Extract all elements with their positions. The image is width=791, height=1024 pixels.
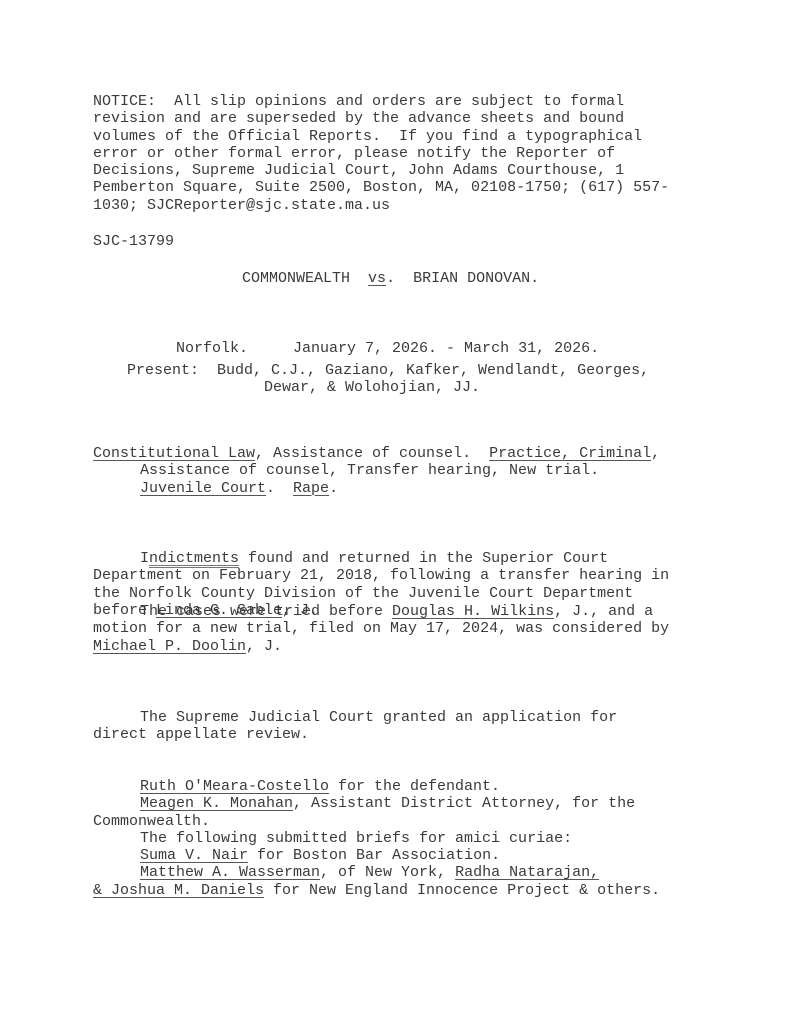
paragraph-line: the Norfolk County Division of the Juven… [93, 585, 733, 602]
headnote-topic-link[interactable]: Juvenile Court [140, 480, 266, 497]
paragraph-line: The Supreme Judicial Court granted an ap… [93, 709, 733, 726]
headnote-line: Assistance of counsel, Transfer hearing,… [93, 462, 733, 479]
present-justices-line1: Present: Budd, C.J., Gaziano, Kafker, We… [93, 362, 767, 379]
headnote-line: Juvenile Court. Rape. [93, 480, 733, 497]
counsel-block: Ruth O'Meara-Costello for the defendant.… [93, 778, 733, 899]
paragraph-line: Department on February 21, 2018, followi… [93, 567, 733, 584]
text: I [140, 550, 149, 567]
text: for New England Innocence Project & othe… [264, 882, 660, 899]
party-defendant: BRIAN DONOVAN. [413, 270, 539, 287]
text: for Boston Bar Association. [248, 847, 500, 864]
paragraph-line: Michael P. Doolin, J. [93, 638, 733, 655]
notice-line: volumes of the Official Reports. If you … [93, 128, 733, 145]
text: , J. [246, 638, 282, 655]
headnotes: Constitutional Law, Assistance of counse… [93, 445, 733, 497]
headnote-text: , Assistance of counsel. [255, 445, 489, 462]
paragraph-line: motion for a new trial, filed on May 17,… [93, 620, 733, 637]
headnote-text: , [651, 445, 660, 462]
notice-line: NOTICE: All slip opinions and orders are… [93, 93, 733, 110]
argument-decision-dates: January 7, 2026. - March 31, 2026. [293, 340, 599, 357]
judge-name-link[interactable]: Michael P. Doolin [93, 638, 246, 655]
attorney-name-link[interactable]: Meagen K. Monahan [140, 795, 293, 812]
docket-number: SJC-13799 [93, 233, 733, 250]
paragraph-line: direct appellate review. [93, 726, 733, 743]
procedural-history-paragraph: The Supreme Judicial Court granted an ap… [93, 709, 733, 744]
counsel-line: Meagen K. Monahan, Assistant District At… [93, 795, 733, 812]
notice-line: Decisions, Supreme Judicial Court, John … [93, 162, 733, 179]
headnote-topic-link[interactable]: Practice, Criminal [489, 445, 651, 462]
headnote-text: . [329, 480, 338, 497]
counsel-line: & Joshua M. Daniels for New England Inno… [93, 882, 733, 899]
present-justices-line2: Dewar, & Wolohojian, JJ. [93, 379, 791, 396]
paragraph-line: The cases were tried before Douglas H. W… [93, 603, 733, 620]
text: found and returned in the Superior Court [239, 550, 608, 567]
notice-line: error or other formal error, please noti… [93, 145, 733, 162]
attorney-name-link[interactable]: Matthew A. Wasserman [140, 864, 320, 881]
versus-punct: . [386, 270, 395, 287]
counsel-line: Ruth O'Meara-Costello for the defendant. [93, 778, 733, 795]
counsel-line: The following submitted briefs for amici… [93, 830, 733, 847]
text: The cases were tried before [140, 603, 392, 620]
attorney-name-link[interactable]: Ruth O'Meara-Costello [140, 778, 329, 795]
county: Norfolk. [176, 340, 248, 357]
counsel-line: Commonwealth. [93, 813, 733, 830]
attorney-name-link[interactable]: Radha Natarajan, [455, 864, 599, 881]
notice-block: NOTICE: All slip opinions and orders are… [93, 93, 733, 214]
notice-line: revision and are superseded by the advan… [93, 110, 733, 127]
judge-name-link[interactable]: Douglas H. Wilkins [392, 603, 554, 620]
county-dates: Norfolk. January 7, 2026. - March 31, 20… [93, 340, 791, 357]
party-plaintiff: COMMONWEALTH [242, 270, 350, 287]
counsel-line: Matthew A. Wasserman, of New York, Radha… [93, 864, 733, 881]
headnote-topic-link[interactable]: Constitutional Law [93, 445, 255, 462]
text: , Assistant District Attorney, for the [293, 795, 635, 812]
attorney-name-link[interactable]: & Joshua M. Daniels [93, 882, 264, 899]
case-caption: COMMONWEALTH vs. BRIAN DONOVAN. [93, 270, 791, 287]
procedural-history-paragraph: The cases were tried before Douglas H. W… [93, 603, 733, 655]
paragraph-line: Indictments found and returned in the Su… [93, 550, 733, 567]
counsel-line: Suma V. Nair for Boston Bar Association. [93, 847, 733, 864]
indictments-link[interactable]: ndictments [149, 550, 239, 567]
text: for the defendant. [329, 778, 500, 795]
headnote-line: Constitutional Law, Assistance of counse… [93, 445, 733, 462]
text: , J., and a [554, 603, 653, 620]
headnote-text: . [266, 480, 293, 497]
attorney-name-link[interactable]: Suma V. Nair [140, 847, 248, 864]
headnote-topic-link[interactable]: Rape [293, 480, 329, 497]
versus: vs [368, 270, 386, 287]
text: , of New York, [320, 864, 455, 881]
notice-line: 1030; SJCReporter@sjc.state.ma.us [93, 197, 733, 214]
notice-line: Pemberton Square, Suite 2500, Boston, MA… [93, 179, 733, 196]
